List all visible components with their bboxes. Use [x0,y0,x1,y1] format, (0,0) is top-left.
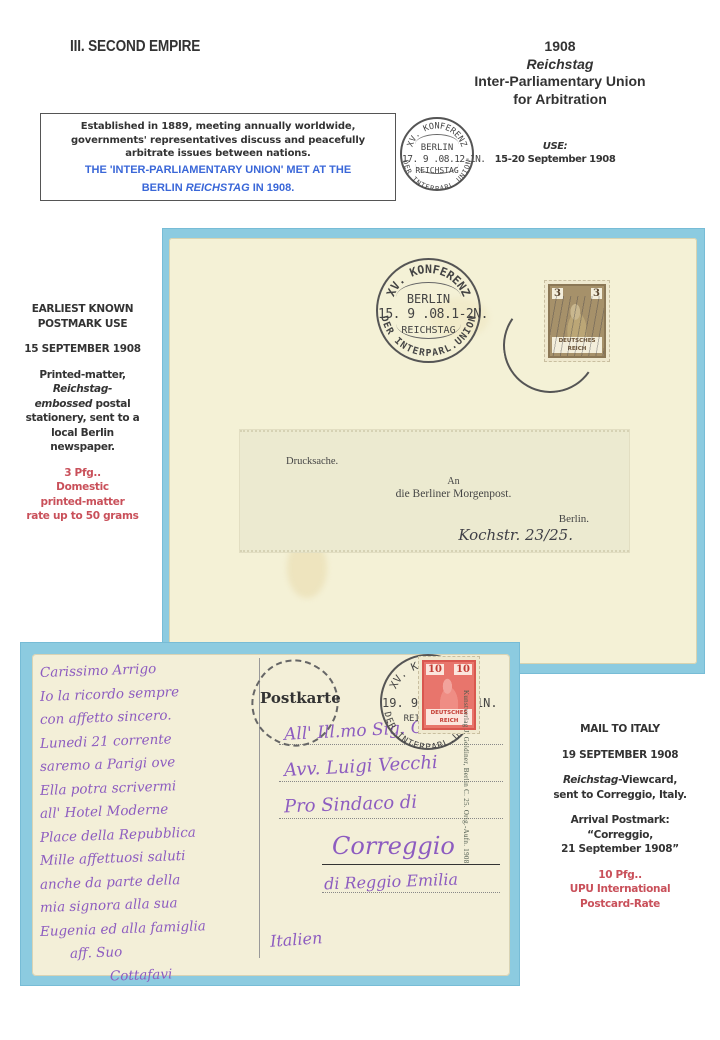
note-rate-3: Postcard-Rate [525,897,715,912]
note-rate-1: 3 Pfg.. [10,466,155,481]
exhibit-title: 1908 Reichstag Inter-Parliamentary Union… [440,38,680,108]
note-rate-2: UPU International [525,882,715,897]
note-rate-1: 10 Pfg.. [525,868,715,883]
section-heading: III. SECOND EMPIRE [70,38,200,56]
address-wrapper-label: Drucksache. An die Berliner Morgenpost. … [240,430,629,552]
note-rate-4: rate up to 50 grams [10,509,155,524]
note-desc-6: newspaper. [10,440,155,455]
address-line-3: Pro Sindaco di [284,792,418,818]
postmark-city: BERLIN [378,292,479,306]
title-building: Reichstag [440,56,680,74]
envelope-description: EARLIEST KNOWN POSTMARK USE 15 SEPTEMBER… [10,302,155,524]
note-rate-2: Domestic [10,480,155,495]
use-period: USE: 15-20 September 1908 [490,140,620,166]
germania-3pf-stamp-icon: 3 3 DEUTSCHES REICH [544,280,610,362]
postmark-city: BERLIN [402,143,472,153]
note-desc-2: sent to Correggio, Italy. [525,788,715,803]
highlight-reichstag: REICHSTAG [186,182,250,194]
note-heading-1: EARLIEST KNOWN [10,302,155,317]
note-date: 15 SEPTEMBER 1908 [10,342,155,357]
address-line-5: di Reggio Emilia [324,870,459,894]
note-desc-1: Printed-matter, [10,368,155,383]
note-desc-3b: postal [92,398,130,410]
note-desc-4: stationery, sent to a [10,411,155,426]
stamp-value-right: 10 [454,664,472,675]
wrapper-recipient: die Berliner Morgenpost. [240,488,629,500]
address-line-6: Italien [269,928,322,951]
highlight-post: IN 1908. [250,182,295,194]
wrapper-city: Berlin. [559,513,589,525]
note-arrival-2: “Correggio, [525,828,715,843]
wrapper-type: Drucksache. [286,456,338,467]
note-desc-3a: embossed [35,398,93,410]
note-desc-1a: Reichstag [563,774,618,786]
address-rule [322,864,500,865]
note-desc-1b: -Viewcard, [618,774,677,786]
note-heading: MAIL TO ITALY [525,722,715,737]
note-arrival-3: 21 September 1908” [525,842,715,857]
postmark-date: 15. 9 .08.1-2N. [378,307,479,322]
postmark-date: 17. 9 .08.12-1N. [402,154,472,165]
germania-10pf-stamp-icon: 10 10 DEUTSCHES REICH [418,656,480,734]
intro-highlight-2: BERLIN REICHSTAG IN 1908. [41,180,395,197]
note-desc-2: Reichstag- [53,383,112,395]
header-postmark-icon: XV. KONFERENZ DER INTERPARL.UNION BERLIN… [400,117,474,191]
intro-line-1: Established in 1889, meeting annually wo… [41,120,395,134]
title-union: Inter-Parliamentary Union [440,73,680,91]
note-rate-3: printed-matter [10,495,155,510]
address-line-2: Avv. Luigi Vecchi [284,752,439,781]
intro-text-box: Established in 1889, meeting annually wo… [40,113,396,201]
use-label: USE: [490,140,620,153]
title-arbitration: for Arbitration [440,91,680,109]
note-arrival-1: Arrival Postmark: [525,813,715,828]
publisher-imprint: Kunstverlag J. Goldiner, Berlin C. 25. O… [462,690,470,940]
title-year: 1908 [440,38,680,56]
wrapper-street: Kochstr. 23/25. [458,526,573,544]
use-range: 15-20 September 1908 [490,153,620,166]
note-heading-2: POSTMARK USE [10,317,155,332]
stamp-value-left: 10 [426,664,444,675]
highlight-pre: BERLIN [142,182,186,194]
postkarte-label: Postkarte [260,689,340,707]
envelope-postmark-icon: XV. KONFERENZ DER INTERPARL.UNION BERLIN… [376,258,481,363]
address-line-4: Correggio [332,832,455,860]
note-desc-5: local Berlin [10,426,155,441]
wrapper-to: An [240,476,629,487]
postmark-place: REICHSTAG [378,325,479,336]
postmark-place: REICHSTAG [402,166,472,175]
postcard-message: Carissimo ArrigoIo la ricordo semprecon … [40,662,206,991]
intro-line-3: arbitrate issues between nations. [41,147,395,161]
intro-highlight-1: THE 'INTER-PARLIAMENTARY UNION' MET AT T… [41,162,395,179]
postcard-description: MAIL TO ITALY 19 SEPTEMBER 1908 Reichsta… [525,722,715,911]
note-date: 19 SEPTEMBER 1908 [525,748,715,763]
intro-line-2: governments' representatives discuss and… [41,134,395,148]
